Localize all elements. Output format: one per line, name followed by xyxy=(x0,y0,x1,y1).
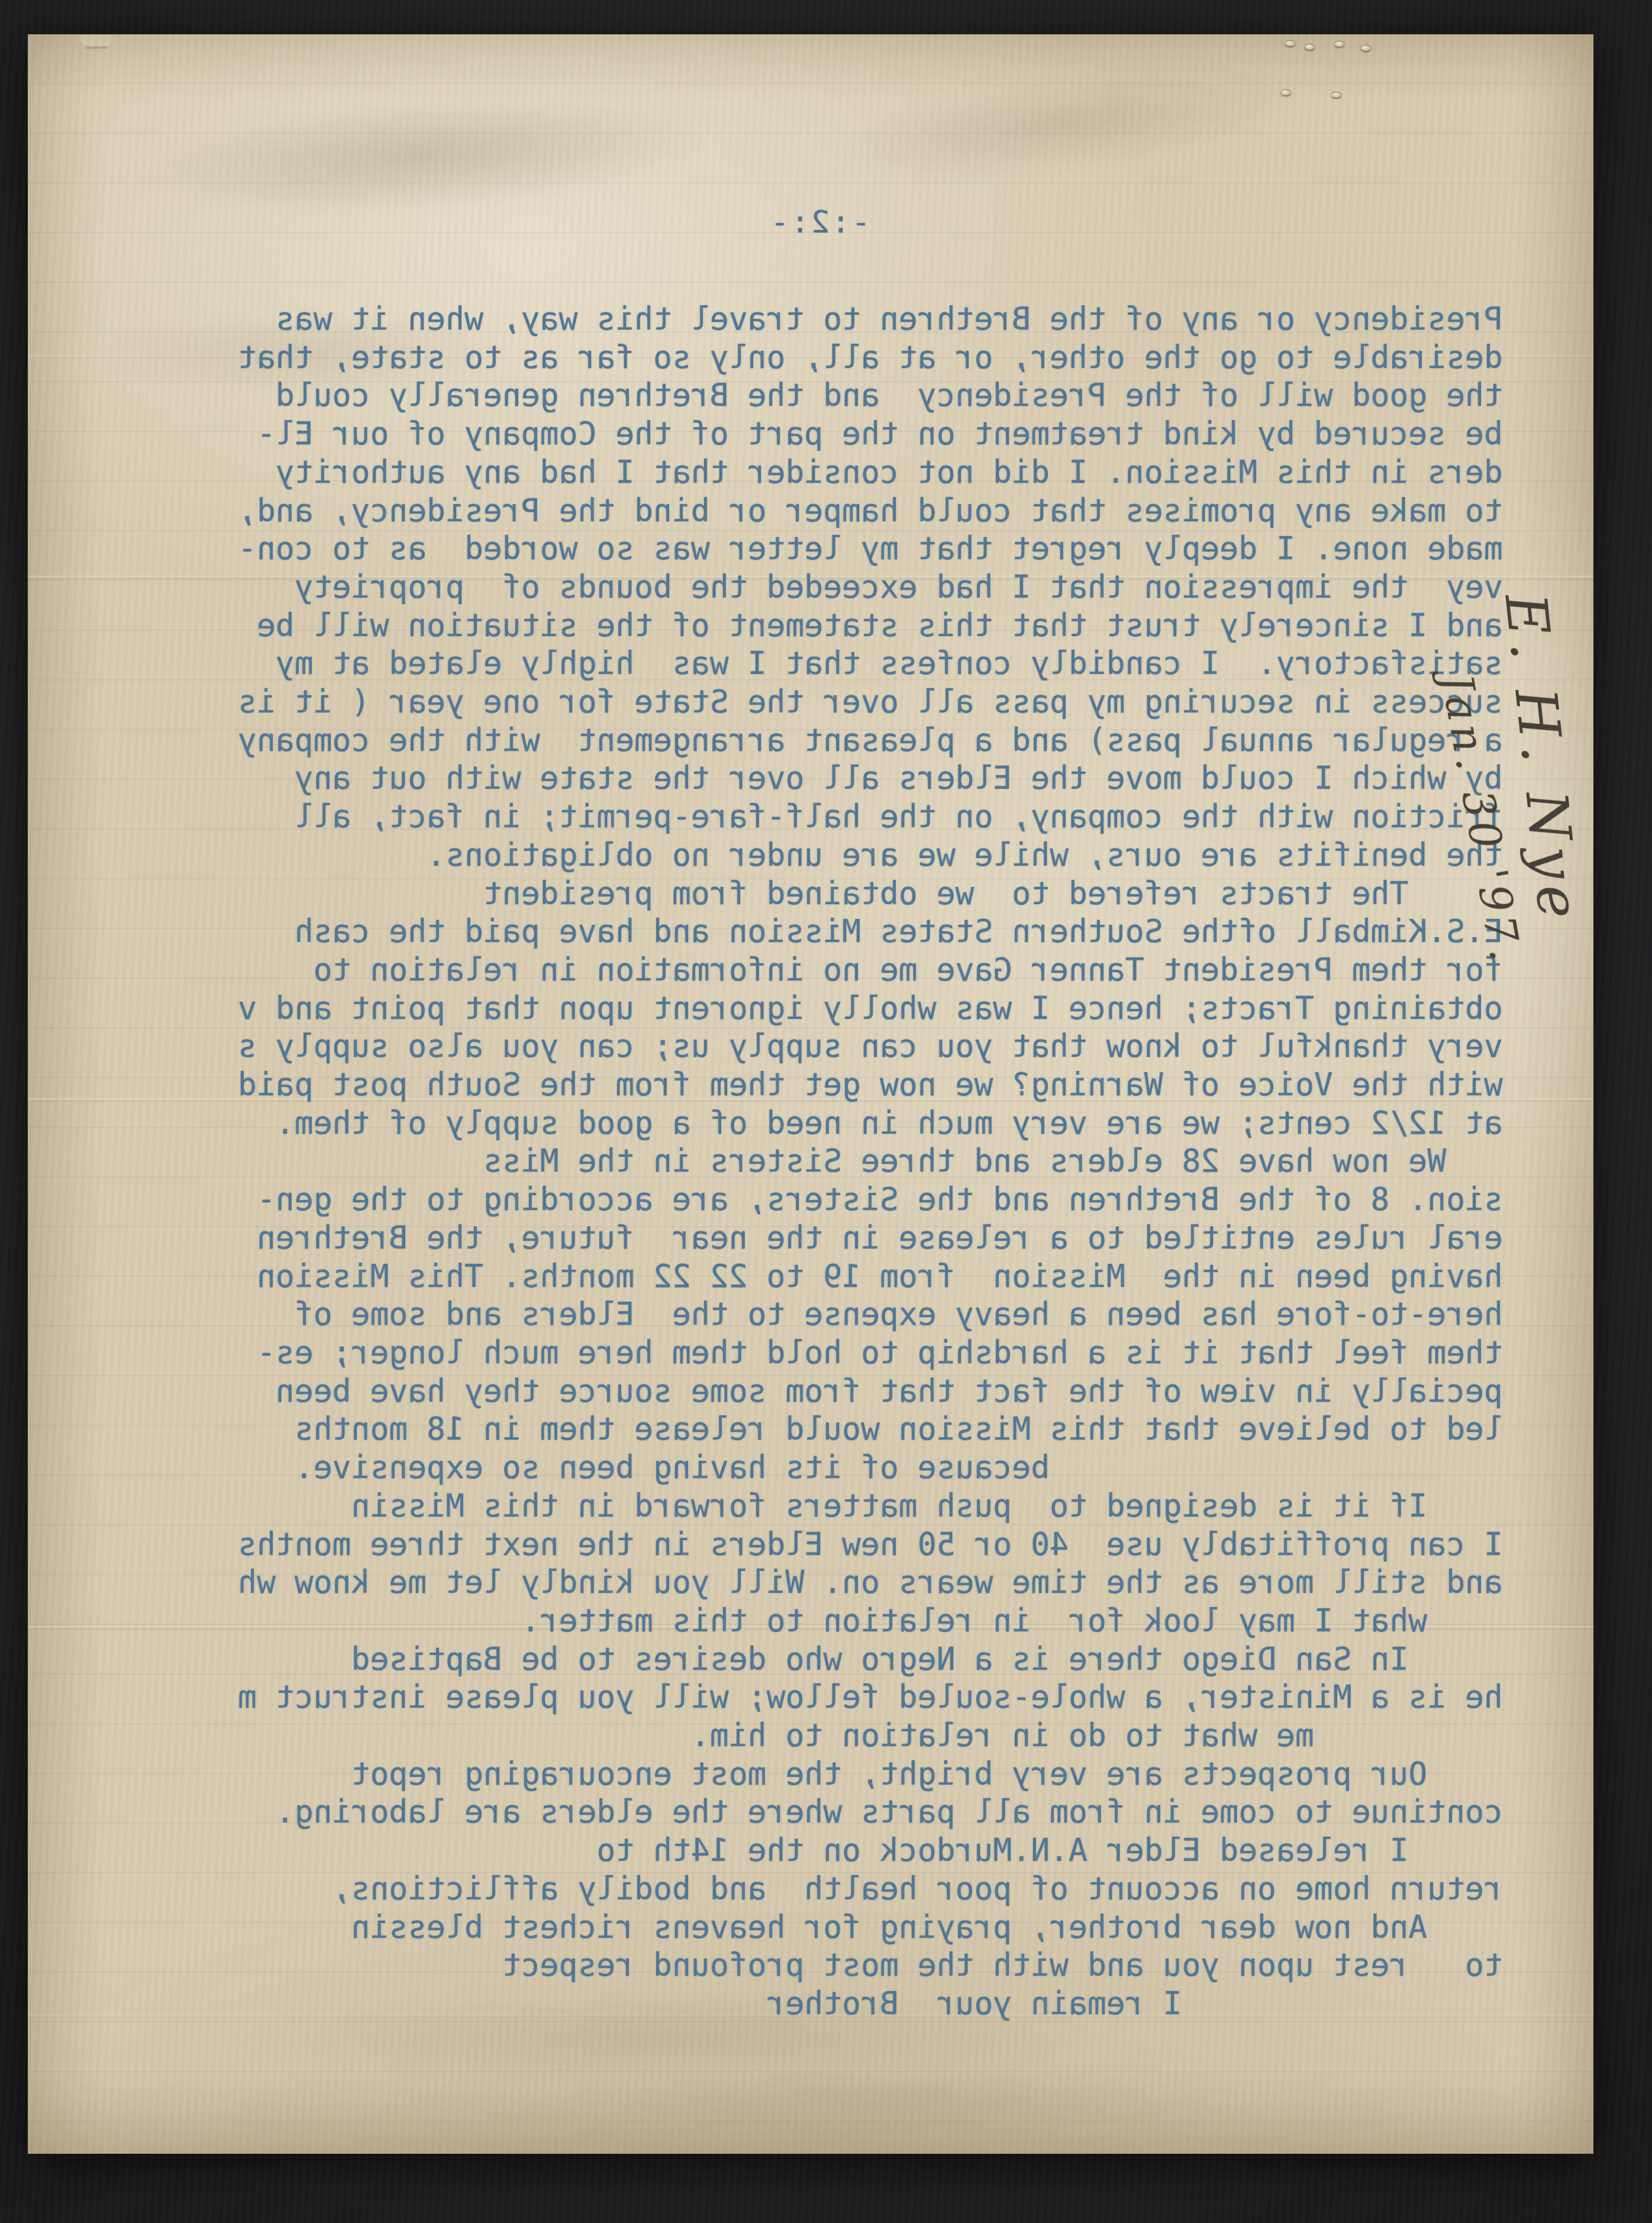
ghost-smudge xyxy=(560,2064,1211,2135)
pin-hole xyxy=(1361,45,1371,51)
typed-letter-body: Presidency or any of the Brethren to tra… xyxy=(136,301,1503,2024)
ghost-smudge xyxy=(822,47,1315,200)
pin-hole xyxy=(1285,40,1295,46)
letter-paper: -:2:- Presidency or any of the Brethren … xyxy=(28,34,1593,2154)
scan-background: -:2:- Presidency or any of the Brethren … xyxy=(0,0,1652,2223)
torn-notch xyxy=(78,34,115,49)
pin-hole xyxy=(1305,44,1315,50)
pin-hole xyxy=(1334,41,1344,47)
page-number: -:2:- xyxy=(136,205,1503,240)
typed-text-mirrored-block: -:2:- Presidency or any of the Brethren … xyxy=(136,205,1503,2024)
pin-hole xyxy=(1331,92,1341,98)
pin-hole xyxy=(1281,89,1291,95)
